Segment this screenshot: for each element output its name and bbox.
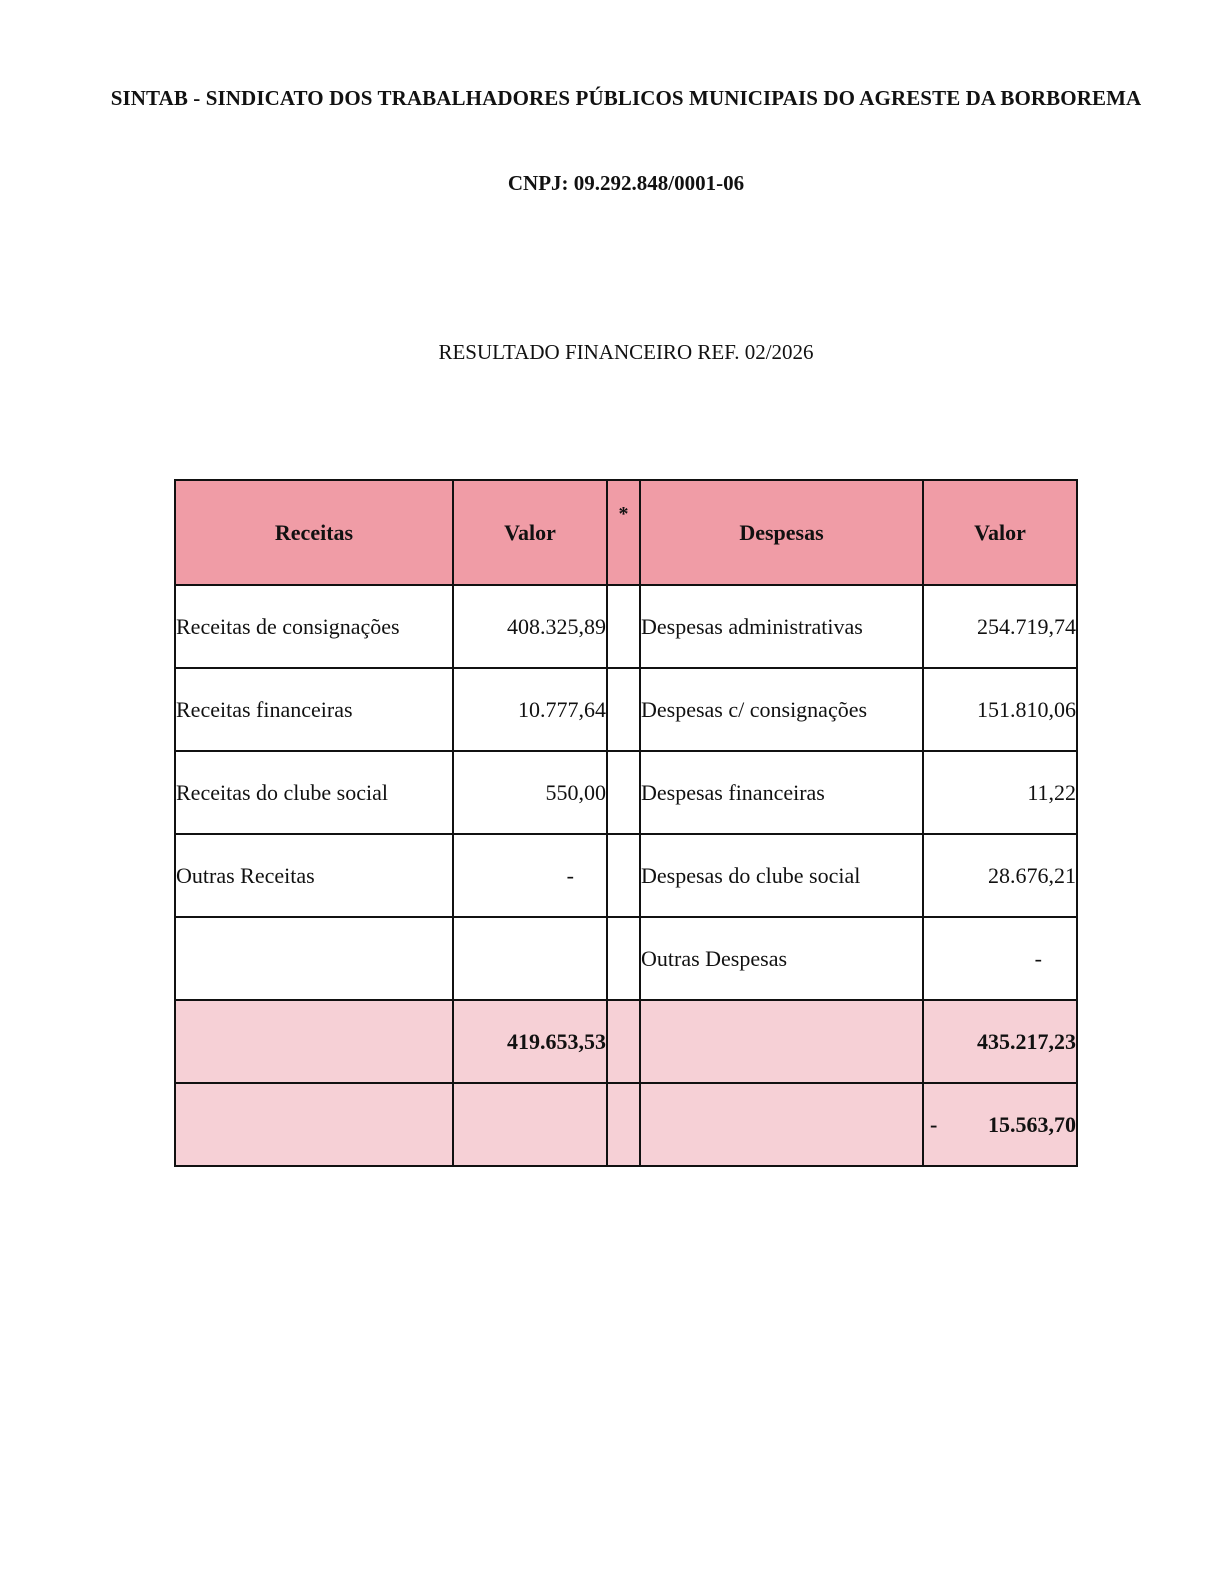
header-valor-despesas: Valor bbox=[923, 480, 1077, 585]
despesa-label: Despesas c/ consignações bbox=[640, 668, 923, 751]
table-row: Receitas de consignações 408.325,89 Desp… bbox=[175, 585, 1077, 668]
table-row: Receitas do clube social 550,00 Despesas… bbox=[175, 751, 1077, 834]
table-row: Outras Receitas - Despesas do clube soci… bbox=[175, 834, 1077, 917]
header-valor-receitas: Valor bbox=[453, 480, 607, 585]
totals-despesas-label-cell bbox=[640, 1000, 923, 1083]
receita-value: 550,00 bbox=[453, 751, 607, 834]
table-header-row: Receitas Valor * Despesas Valor bbox=[175, 480, 1077, 585]
table-row: Receitas financeiras 10.777,64 Despesas … bbox=[175, 668, 1077, 751]
marker-cell bbox=[607, 585, 640, 668]
marker-cell bbox=[607, 834, 640, 917]
totals-row: 419.653,53 435.217,23 bbox=[175, 1000, 1077, 1083]
marker-cell bbox=[607, 668, 640, 751]
table-row: Outras Despesas - bbox=[175, 917, 1077, 1000]
marker-cell bbox=[607, 751, 640, 834]
despesa-value: - bbox=[923, 917, 1077, 1000]
receita-value: 408.325,89 bbox=[453, 585, 607, 668]
header-receitas: Receitas bbox=[175, 480, 453, 585]
result-row: - 15.563,70 bbox=[175, 1083, 1077, 1166]
organization-title: SINTAB - SINDICATO DOS TRABALHADORES PÚB… bbox=[0, 86, 1220, 111]
despesa-value: 254.719,74 bbox=[923, 585, 1077, 668]
despesa-label: Despesas do clube social bbox=[640, 834, 923, 917]
despesa-value: 28.676,21 bbox=[923, 834, 1077, 917]
financial-result-table: Receitas Valor * Despesas Valor Receitas… bbox=[174, 479, 1078, 1167]
result-empty-cell bbox=[640, 1083, 923, 1166]
despesa-label: Despesas administrativas bbox=[640, 585, 923, 668]
header-marker: * bbox=[607, 480, 640, 585]
receita-label bbox=[175, 917, 453, 1000]
totals-receitas-label-cell bbox=[175, 1000, 453, 1083]
net-result-value: 15.563,70 bbox=[988, 1112, 1076, 1138]
header-despesas: Despesas bbox=[640, 480, 923, 585]
receita-value bbox=[453, 917, 607, 1000]
marker-cell bbox=[607, 1000, 640, 1083]
receita-label: Outras Receitas bbox=[175, 834, 453, 917]
marker-cell bbox=[607, 1083, 640, 1166]
total-receitas: 419.653,53 bbox=[453, 1000, 607, 1083]
marker-cell bbox=[607, 917, 640, 1000]
receita-label: Receitas financeiras bbox=[175, 668, 453, 751]
total-despesas: 435.217,23 bbox=[923, 1000, 1077, 1083]
net-result: - 15.563,70 bbox=[923, 1083, 1077, 1166]
receita-label: Receitas de consignações bbox=[175, 585, 453, 668]
net-result-sign: - bbox=[930, 1112, 937, 1138]
receita-label: Receitas do clube social bbox=[175, 751, 453, 834]
despesa-label: Despesas financeiras bbox=[640, 751, 923, 834]
despesa-label: Outras Despesas bbox=[640, 917, 923, 1000]
cnpj-line: CNPJ: 09.292.848/0001-06 bbox=[0, 171, 1220, 196]
result-empty-cell bbox=[453, 1083, 607, 1166]
receita-value: - bbox=[453, 834, 607, 917]
receita-value: 10.777,64 bbox=[453, 668, 607, 751]
despesa-value: 151.810,06 bbox=[923, 668, 1077, 751]
despesa-value: 11,22 bbox=[923, 751, 1077, 834]
report-title: RESULTADO FINANCEIRO REF. 02/2026 bbox=[0, 340, 1220, 365]
result-empty-cell bbox=[175, 1083, 453, 1166]
